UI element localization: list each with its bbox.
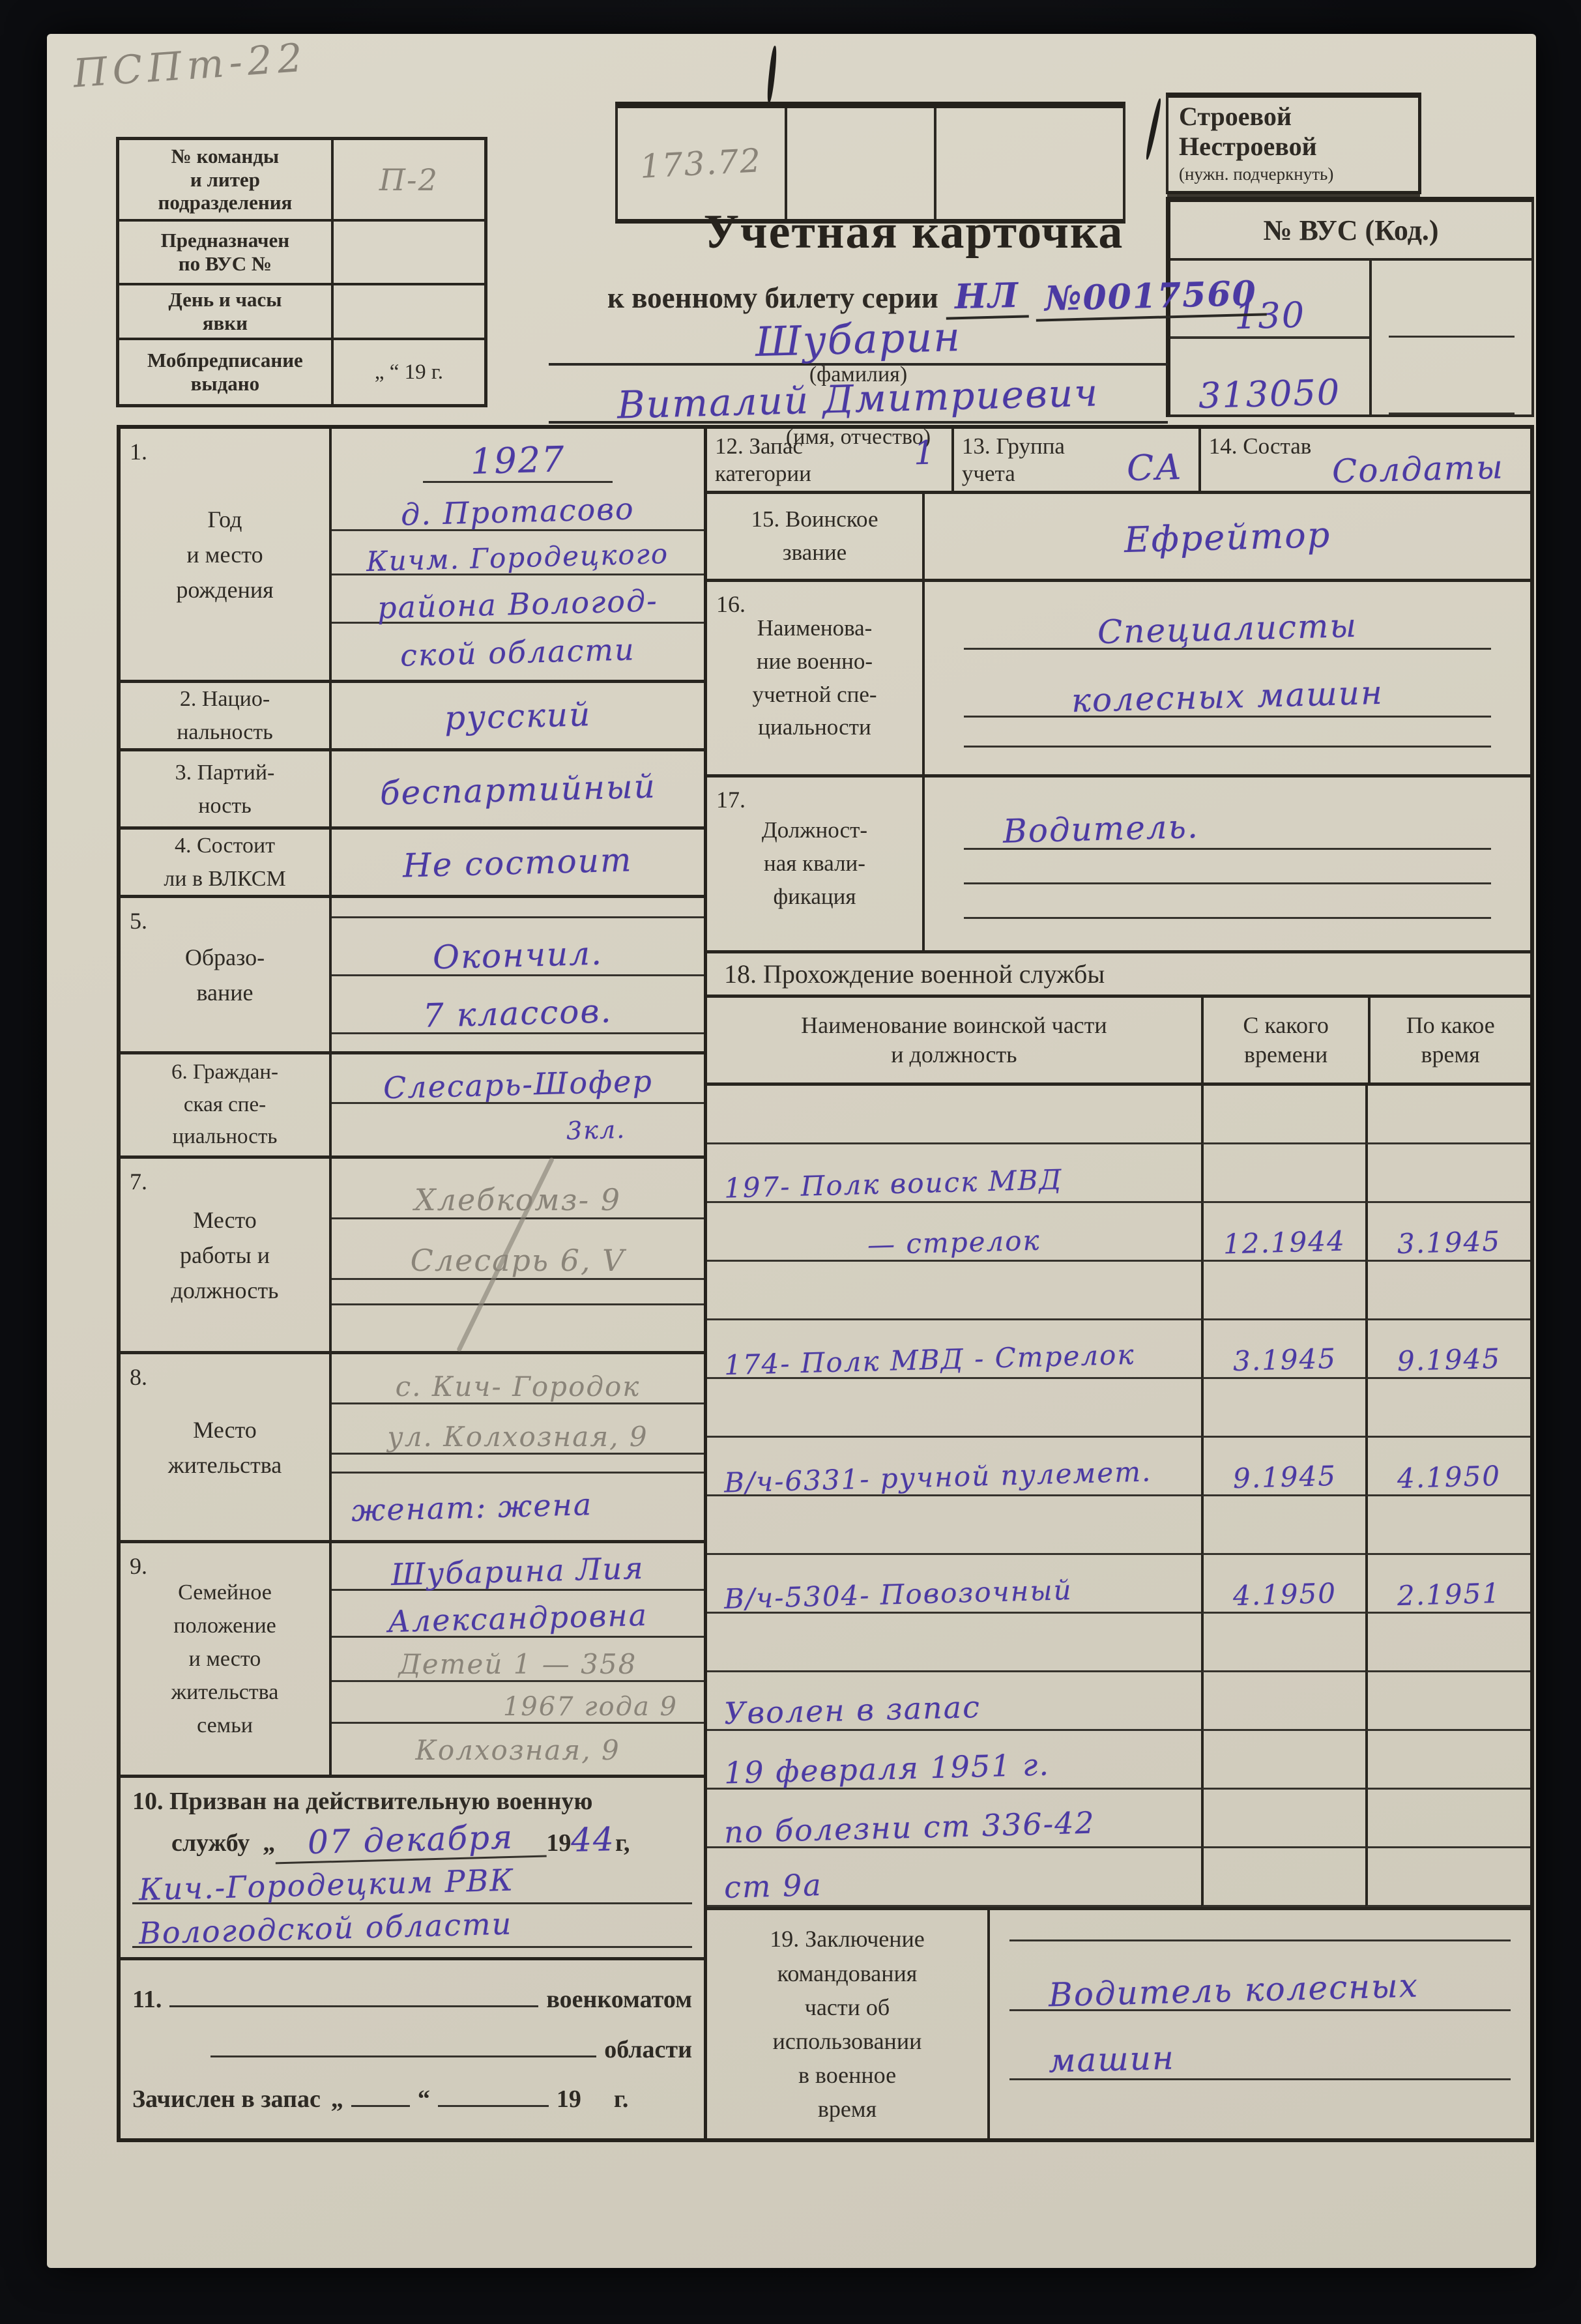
unit-name-value: 197- Полк воиск МВД bbox=[723, 1163, 1063, 1204]
section-1-birth: 1. Годи месторождения 1927 д. Протасово … bbox=[121, 429, 704, 683]
admin-row-label: № командыи литерподразделения bbox=[119, 140, 334, 219]
stroevoy-box: Строевой Нестроевой (нужн. подчеркнуть) bbox=[1166, 93, 1421, 194]
section-number: 7. bbox=[130, 1164, 147, 1199]
unit-name-value: 174- Полк МВД - Стрелок bbox=[723, 1339, 1135, 1381]
section-6-civil-specialty: 6. Граждан-ская спе-циальность Слесарь-Ш… bbox=[121, 1054, 704, 1159]
residence-value: с. Кич- Городок bbox=[396, 1371, 641, 1402]
ruled-line bbox=[964, 916, 1491, 919]
section-label: 15. Воинскоезвание bbox=[707, 494, 925, 579]
birth-place-value: района Вологод- bbox=[377, 583, 659, 626]
service-table-body: 197- Полк воиск МВД — стрелок 12.1944 3.… bbox=[707, 1086, 1530, 1907]
qualification-value: Водитель. bbox=[1002, 807, 1199, 850]
name-line: Виталий Дмитриевич bbox=[549, 377, 1168, 424]
discharge-date-value: 19 февраля 1951 г. bbox=[723, 1747, 1050, 1790]
table-row bbox=[707, 1496, 1530, 1555]
table-row: — стрелок 12.1944 3.1945 bbox=[707, 1203, 1530, 1262]
ruled-line: Колхозная, 9 bbox=[332, 1733, 704, 1766]
birth-place-value: Кичм. Городецкого bbox=[366, 538, 669, 577]
rank-value: Ефрейтор bbox=[1124, 514, 1331, 560]
ruled-line bbox=[169, 1994, 538, 2008]
position-value: — стрелок bbox=[867, 1225, 1041, 1261]
vlksm-value: Не состоит bbox=[403, 841, 633, 884]
date-to-value: 3.1945 bbox=[1397, 1225, 1501, 1260]
section-values: Шубарина Лия Александровна Детей 1 — 358… bbox=[332, 1543, 704, 1775]
ruled-line: русский bbox=[332, 696, 704, 735]
ruled-line bbox=[438, 2093, 549, 2107]
section-18-title: 18. Прохождение военной службы bbox=[707, 953, 1530, 998]
section-values: 1927 д. Протасово Кичм. Городецкого райо… bbox=[332, 429, 704, 680]
table-row bbox=[707, 1614, 1530, 1672]
ruled-line: Вологодской области bbox=[132, 1910, 692, 1948]
date-to-value: 4.1950 bbox=[1397, 1460, 1501, 1494]
ruled-line: с. Кич- Городок bbox=[332, 1369, 704, 1404]
section-label: 6. Граждан-ская спе-циальность bbox=[121, 1054, 332, 1155]
ruled-line: 1927 bbox=[423, 439, 613, 483]
ruled-line bbox=[1009, 1938, 1511, 1941]
column-header-unit: Наименование воинской частии должность bbox=[707, 998, 1201, 1082]
table-row: 174- Полк МВД - Стрелок 3.1945 9.1945 bbox=[707, 1320, 1530, 1379]
ruled-line: 1967 года 9 bbox=[332, 1691, 704, 1724]
table-row bbox=[707, 1379, 1530, 1438]
stamp-value: 173.72 bbox=[639, 141, 763, 186]
surname-value: Шубарин bbox=[755, 313, 962, 366]
ruled-line: Хлебкомз- 9 bbox=[332, 1181, 704, 1219]
conscription-rvk-value: Кич.-Городецким РВК bbox=[138, 1862, 514, 1907]
ruled-line: Слесарь 6, V bbox=[332, 1242, 704, 1280]
section-label: 1. Годи месторождения bbox=[121, 429, 332, 680]
civil-specialty-class: 3кл. bbox=[566, 1115, 626, 1145]
section-10-conscription: 10. Призван на действительную военную сл… bbox=[121, 1778, 704, 1960]
section-4-vlksm: 4. Состоитли в ВЛКСМ Не состоит bbox=[121, 830, 704, 898]
section-number: 9. bbox=[130, 1548, 147, 1584]
account-group-value: СА bbox=[1127, 447, 1183, 488]
date-from-value: 12.1944 bbox=[1223, 1225, 1346, 1260]
admin-row-value: П-2 bbox=[334, 140, 484, 219]
date-from-value: 4.1950 bbox=[1232, 1577, 1337, 1612]
wife-name-value: Шубарина Лия bbox=[391, 1550, 645, 1591]
stamp-cell bbox=[936, 108, 1124, 219]
section-values: Водитель колесных машин bbox=[990, 1910, 1530, 2138]
section-values: Слесарь-Шофер 3кл. bbox=[332, 1054, 704, 1155]
section-label: 3. Партий-ность bbox=[121, 751, 332, 826]
right-column: 12. Запаскатегории 1 13. Группаучета СА … bbox=[707, 429, 1530, 2138]
section-label: 2. Нацио-нальность bbox=[121, 683, 332, 748]
birth-year-value: 1927 bbox=[470, 439, 566, 482]
surname-line: Шубарин bbox=[549, 315, 1168, 366]
section-12-13-14: 12. Запаскатегории 1 13. Группаучета СА … bbox=[707, 429, 1530, 494]
admin-row: № командыи литерподразделения П-2 bbox=[119, 140, 484, 222]
discharge-reason-value: по болезни ст 336-42 bbox=[723, 1805, 1095, 1850]
civil-specialty-value: Слесарь-Шофер bbox=[383, 1063, 653, 1105]
ruled-line: Ефрейтор bbox=[925, 516, 1530, 558]
section-values: русский bbox=[332, 683, 704, 748]
admin-row: День и часыявки bbox=[119, 285, 484, 340]
ruled-line: Водитель колесных bbox=[1009, 1970, 1511, 2011]
nestroevoy-option: Нестроевой bbox=[1179, 132, 1418, 162]
ruled-line bbox=[964, 881, 1491, 884]
ruled-line bbox=[351, 2093, 410, 2107]
section-12-reserve-category: 12. Запаскатегории 1 bbox=[707, 429, 954, 491]
main-form: 1. Годи месторождения 1927 д. Протасово … bbox=[117, 425, 1534, 2142]
ruled-line: Кич.-Городецким РВК bbox=[132, 1866, 692, 1904]
ruled-line: 3кл. bbox=[332, 1114, 704, 1144]
section-values: с. Кич- Городок ул. Колхозная, 9 женат: … bbox=[332, 1354, 704, 1540]
section-11-commissariat: 11. военкоматом области Зачислен в запас… bbox=[121, 1960, 704, 2138]
card-subtitle: к военному билету серии НЛ №0017560 bbox=[607, 276, 1233, 319]
section-values: беспартийный bbox=[332, 751, 704, 826]
ruled-line: ской области bbox=[332, 633, 704, 670]
unit-name-value: В/ч-6331- ручной пулемет. bbox=[723, 1455, 1152, 1498]
section-7-workplace: 7. Местоработы идолжность Хлебкомз- 9 Сл… bbox=[121, 1159, 704, 1354]
ink-mark bbox=[1144, 98, 1163, 160]
vus-header: № ВУС (Код.) bbox=[1170, 202, 1531, 261]
ruled-line bbox=[1389, 261, 1515, 338]
ruled-line: Кичм. Городецкого bbox=[332, 540, 704, 575]
stroevoy-option: Строевой bbox=[1179, 102, 1418, 132]
section-number: 8. bbox=[130, 1359, 147, 1395]
section-number: 11. bbox=[132, 1985, 162, 2014]
military-specialty-value: Специалисты bbox=[1097, 607, 1358, 651]
ruled-line: 7 классов. bbox=[332, 993, 704, 1034]
nationality-value: русский bbox=[444, 695, 592, 737]
ruled-line bbox=[1009, 2109, 1511, 2110]
table-row: В/ч-6331- ручной пулемет. 9.1945 4.1950 bbox=[707, 1438, 1530, 1496]
date-to-value: 2.1951 bbox=[1397, 1577, 1501, 1612]
composition-value: Солдаты bbox=[1332, 450, 1504, 488]
conscription-date-value: 07 декабря bbox=[275, 1818, 547, 1865]
name-patronymic-value: Виталий Дмитриевич bbox=[617, 370, 1100, 427]
party-value: беспартийный bbox=[379, 767, 656, 812]
date-from-value: 3.1945 bbox=[1232, 1343, 1337, 1377]
section-14-composition: 14. Состав Солдаты bbox=[1201, 429, 1530, 491]
conclusion-value: Водитель колесных bbox=[1048, 1966, 1419, 2014]
admin-row-label: Мобпредписаниевыдано bbox=[119, 340, 334, 404]
table-row: 197- Полк воиск МВД bbox=[707, 1144, 1530, 1203]
ruled-line: Окончил. bbox=[332, 935, 704, 976]
conscription-year-value: 44 bbox=[571, 1820, 616, 1859]
ruled-line: женат: жена bbox=[332, 1489, 704, 1525]
table-row bbox=[707, 1262, 1530, 1320]
ink-mark bbox=[766, 46, 777, 103]
section-5-education: 5. Образо-вание Окончил. 7 классов. bbox=[121, 898, 704, 1054]
stamp-cell bbox=[787, 108, 936, 219]
section-values: Не состоит bbox=[332, 830, 704, 895]
ruled-line: беспартийный bbox=[332, 770, 704, 809]
admin-row-value: „ “ 19 г. bbox=[334, 340, 484, 404]
section-label: 5. Образо-вание bbox=[121, 898, 332, 1051]
admin-row: Мобпредписаниевыдано „ “ 19 г. bbox=[119, 340, 484, 404]
family-note-value: 1967 года 9 bbox=[503, 1692, 678, 1722]
section-label: 8. Местожительства bbox=[121, 1354, 332, 1540]
ruled-line: Водитель. bbox=[964, 809, 1491, 850]
ruled-line bbox=[332, 1328, 704, 1329]
underline-hint: (нужн. подчеркнуть) bbox=[1179, 164, 1418, 184]
section-13-account-group: 13. Группаучета СА bbox=[954, 429, 1201, 491]
section-8-residence: 8. Местожительства с. Кич- Городок ул. К… bbox=[121, 1354, 704, 1543]
table-row: В/ч-5304- Повозочный 4.1950 2.1951 bbox=[707, 1555, 1530, 1614]
workplace-value-crossed: Хлебкомз- 9 bbox=[414, 1182, 621, 1217]
column-header-from: С какоговремени bbox=[1201, 998, 1369, 1082]
ruled-line: Специалисты bbox=[964, 609, 1491, 650]
ruled-line bbox=[964, 744, 1491, 748]
reserve-row: Зачислен в запас „ “ 19 г. bbox=[132, 2085, 692, 2113]
subtitle-text: к военному билету серии bbox=[607, 282, 938, 314]
section-label: 7. Местоработы идолжность bbox=[121, 1159, 332, 1351]
birth-place-value: ской области bbox=[400, 632, 636, 673]
table-row: Уволен в запас bbox=[707, 1672, 1530, 1731]
ruled-line: колесных машин bbox=[964, 676, 1491, 718]
card-title: Учетная карточка bbox=[633, 205, 1194, 260]
residence-street-value: ул. Колхозная, 9 bbox=[387, 1421, 648, 1453]
column-header-to: По какоевремя bbox=[1368, 998, 1530, 1082]
vus-right-column bbox=[1372, 261, 1531, 414]
vus-code-cell: 313050 bbox=[1170, 339, 1369, 414]
wife-patronymic-value: Александровна bbox=[387, 1597, 648, 1639]
ruled-line: Не состоит bbox=[332, 843, 704, 882]
ruled-line bbox=[332, 915, 704, 918]
ruled-line bbox=[332, 1470, 704, 1474]
ruled-line: ул. Колхозная, 9 bbox=[332, 1419, 704, 1455]
section-17-qualification: 17. Должност-ная квали-фикация Водитель. bbox=[707, 777, 1530, 953]
ruled-line: района Вологод- bbox=[332, 585, 704, 624]
section-values: Окончил. 7 классов. bbox=[332, 898, 704, 1051]
section-15-rank: 15. Воинскоезвание Ефрейтор bbox=[707, 494, 1530, 582]
ruled-line: Слесарь-Шофер bbox=[332, 1066, 704, 1104]
section-values: Специалисты колесных машин bbox=[925, 582, 1530, 774]
oblast-row: области bbox=[132, 2035, 692, 2064]
table-row: 19 февраля 1951 г. bbox=[707, 1731, 1530, 1790]
conscription-oblast-value: Вологодской области bbox=[138, 1906, 512, 1951]
birth-place-value: д. Протасово bbox=[401, 491, 635, 532]
section-label: 19. Заключениекомандованиячасти обисполь… bbox=[707, 1910, 990, 2138]
unit-name-value: В/ч-5304- Повозочный bbox=[723, 1574, 1073, 1615]
ruled-line: д. Протасово bbox=[332, 493, 704, 531]
pencil-note: ПСПт-22 bbox=[72, 35, 309, 97]
commissariat-row: 11. военкоматом bbox=[132, 1985, 692, 2014]
stamp-cell: 173.72 bbox=[618, 108, 787, 219]
admin-row-value bbox=[334, 285, 484, 338]
date-to-value: 9.1945 bbox=[1397, 1343, 1501, 1377]
ruled-line bbox=[1389, 338, 1515, 414]
section-16-military-specialty: 16. Наименова-ние военно-учетной спе-циа… bbox=[707, 582, 1530, 777]
marital-note-value: женат: жена bbox=[351, 1487, 593, 1528]
ruled-line: Александровна bbox=[332, 1599, 704, 1638]
military-specialty-value: колесных машин bbox=[1071, 674, 1384, 720]
left-column: 1. Годи месторождения 1927 д. Протасово … bbox=[121, 429, 707, 2138]
section-number: 1. bbox=[130, 434, 147, 469]
children-note-value: Детей 1 — 358 bbox=[399, 1648, 637, 1680]
section-10-heading: 10. Призван на действительную военную bbox=[132, 1787, 692, 1816]
section-number: 17. bbox=[716, 783, 746, 817]
section-number: 16. bbox=[716, 587, 746, 621]
position-value-crossed: Слесарь 6, V bbox=[411, 1243, 626, 1278]
table-row: по болезни ст 336-42 bbox=[707, 1790, 1530, 1848]
table-row: ст 9а bbox=[707, 1848, 1530, 1907]
section-values: Ефрейтор bbox=[925, 494, 1530, 579]
section-label: 17. Должност-ная квали-фикация bbox=[707, 777, 925, 950]
admin-row-value bbox=[334, 222, 484, 283]
section-number: 10. bbox=[132, 1788, 164, 1815]
table-row bbox=[707, 1086, 1530, 1144]
section-label: 9. Семейноеположениеи местожительствасем… bbox=[121, 1543, 332, 1775]
admin-box: № командыи литерподразделения П-2 Предна… bbox=[116, 137, 487, 407]
ruled-line bbox=[210, 2044, 596, 2057]
section-9-family: 9. Семейноеположениеи местожительствасем… bbox=[121, 1543, 704, 1778]
section-values: Хлебкомз- 9 Слесарь 6, V bbox=[332, 1159, 704, 1351]
ruled-line: Шубарина Лия bbox=[332, 1552, 704, 1591]
ruled-line: Детей 1 — 358 bbox=[332, 1647, 704, 1682]
ticket-number-value: №0017560 bbox=[1036, 273, 1267, 321]
section-19-conclusion: 19. Заключениекомандованиячасти обисполь… bbox=[707, 1907, 1530, 2138]
discharge-note-value: Уволен в запас bbox=[723, 1689, 981, 1731]
admin-row: Предназначенпо ВУС № bbox=[119, 222, 484, 285]
education-value: Окончил. bbox=[432, 935, 603, 977]
date-from-value: 9.1945 bbox=[1232, 1460, 1337, 1494]
family-address-value: Колхозная, 9 bbox=[415, 1734, 620, 1766]
section-values: Водитель. bbox=[925, 777, 1530, 950]
section-2-nationality: 2. Нацио-нальность русский bbox=[121, 683, 704, 751]
card-paper: ПСПт-22 № командыи литерподразделения П-… bbox=[47, 34, 1536, 2268]
education-value: 7 классов. bbox=[423, 992, 613, 1035]
service-table-header: Наименование воинской частии должность С… bbox=[707, 998, 1530, 1086]
section-number: 5. bbox=[130, 903, 147, 938]
section-label: 4. Состоитли в ВЛКСМ bbox=[121, 830, 332, 895]
discharge-article-value: ст 9а bbox=[723, 1867, 822, 1905]
ruled-line: машин bbox=[1009, 2039, 1511, 2080]
conclusion-value: машин bbox=[1048, 2039, 1175, 2080]
vus-code-secondary: 313050 bbox=[1198, 371, 1341, 416]
section-label: 16. Наименова-ние военно-учетной спе-циа… bbox=[707, 582, 925, 774]
admin-row-label: Предназначенпо ВУС № bbox=[119, 222, 334, 283]
section-3-party: 3. Партий-ность беспартийный bbox=[121, 751, 704, 830]
conscription-date-row: службу „ 07 декабря 19 44 г, bbox=[132, 1821, 692, 1861]
ruled-line bbox=[332, 1302, 704, 1305]
admin-row-label: День и часыявки bbox=[119, 285, 334, 338]
reserve-category-value: 1 bbox=[914, 434, 936, 472]
unit-number-value: П-2 bbox=[379, 162, 439, 197]
